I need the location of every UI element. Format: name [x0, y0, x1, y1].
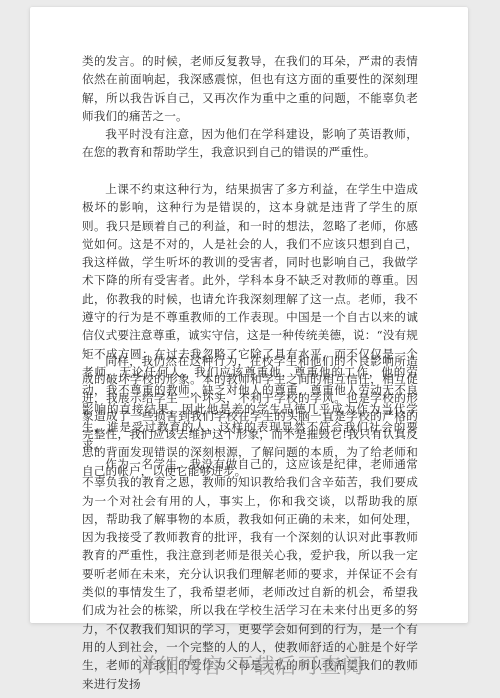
banner-text-download: 下载后可查阅: [232, 654, 364, 678]
document-page: 类的发言。的时候，老师反复教导，在我们的耳朵，严肃的表情依然在前面响起，我深感震…: [30, 7, 468, 623]
paragraph-2: 我平时没有注意，因为他们在学科建设，影响了英语教师，在您的教育和帮助学生，我意识…: [82, 125, 418, 162]
paragraph-1: 类的发言。的时候，老师反复教导，在我们的耳朵，严肃的表情依然在前面响起，我深感震…: [82, 52, 418, 125]
banner-text-details: 详细内容: [136, 654, 224, 678]
download-prompt-banner[interactable]: 详细内容下载后可查阅: [0, 650, 500, 680]
